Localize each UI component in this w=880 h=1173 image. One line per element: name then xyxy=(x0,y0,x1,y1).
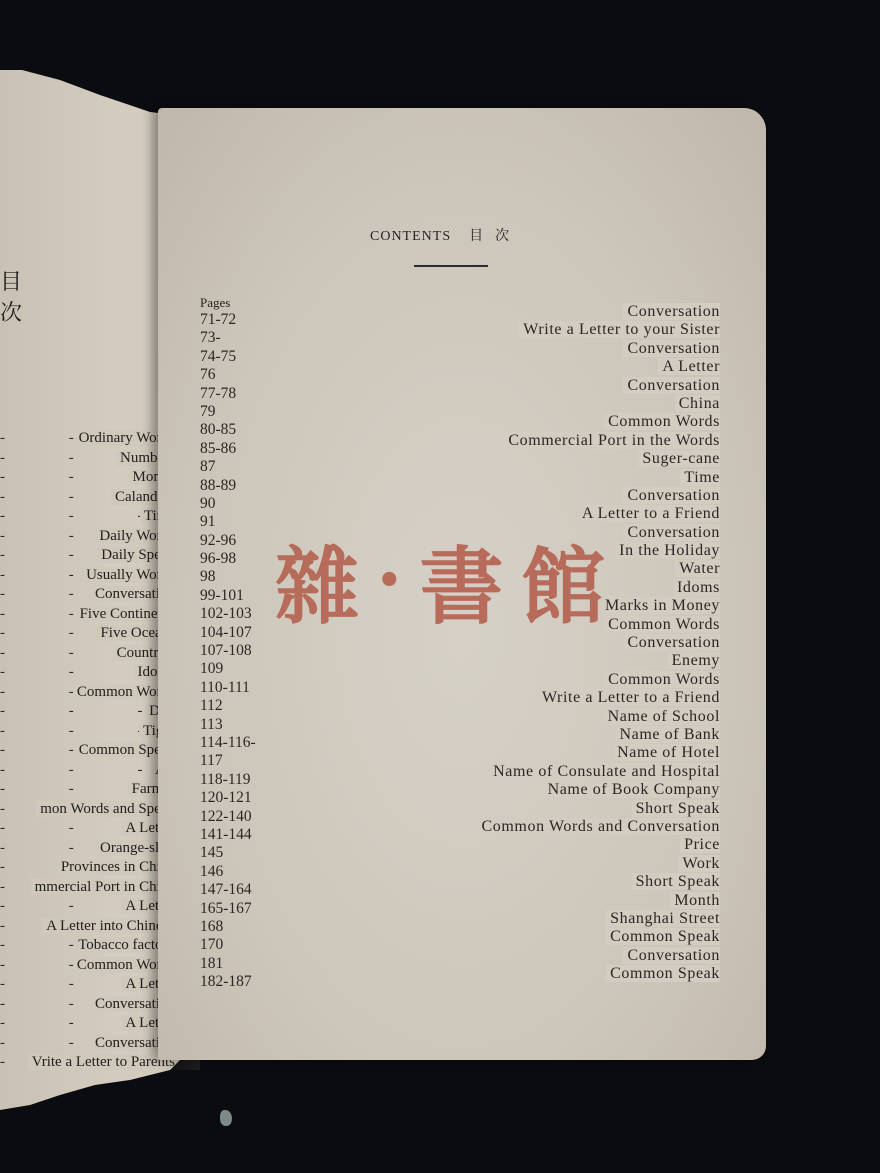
toc-title-text: Idoms xyxy=(673,579,720,596)
toc-title: Name of Hotel xyxy=(607,744,720,762)
toc-entry: 168Shanghai Street xyxy=(200,910,720,928)
left-toc-entry: - - -A Letter xyxy=(0,820,175,840)
toc-title-text: Shanghai Street xyxy=(606,910,720,927)
toc-title: Short Speak xyxy=(626,873,720,891)
toc-entry: 182-187Common Speak xyxy=(200,965,720,983)
toc-title-text: Conversation xyxy=(623,377,720,394)
leader-dashes xyxy=(262,469,720,487)
toc-title: Price xyxy=(674,836,720,854)
leader-dashes xyxy=(262,560,720,578)
toc-title-text: A Letter xyxy=(658,358,720,375)
toc-entry: 107-108Conversation xyxy=(200,634,720,652)
toc-entry: 114-116-Name of Bank xyxy=(200,726,720,744)
toc-title-text: In the Holiday xyxy=(615,542,720,559)
left-toc-title: A Letter into Chinese xyxy=(42,918,175,934)
paper-fragment xyxy=(220,1110,232,1126)
toc-entry: 112Write a Letter to a Friend xyxy=(200,689,720,707)
left-toc-entry: - - -A Letter xyxy=(0,1015,175,1035)
toc-entry: 99-101Idoms xyxy=(200,579,720,597)
toc-entry: 76A Letter xyxy=(200,358,720,376)
toc-entry: 77-78Conversation xyxy=(200,377,720,395)
left-toc-entry: - - -A Letter xyxy=(0,976,175,996)
toc-title: Common Words xyxy=(598,413,720,431)
left-toc-entry: - - -Conversation xyxy=(0,996,175,1016)
left-toc-title: Vrite a Letter to Parents xyxy=(28,1054,175,1070)
toc-title: Month xyxy=(664,892,720,910)
toc-title: Work xyxy=(672,855,720,873)
toc-title: Conversation xyxy=(617,524,720,542)
toc-title: Common Speak xyxy=(600,928,720,946)
toc-entry: 92-96Conversation xyxy=(200,524,720,542)
left-toc-entry: - - -Calanders xyxy=(0,489,175,509)
toc-title-text: Common Words xyxy=(604,413,720,430)
toc-entry: 141-144Common Words and Conversation xyxy=(200,818,720,836)
toc-entry: 118-119Name of Consulate and Hospital xyxy=(200,763,720,781)
left-toc-entry: - - -Common Words xyxy=(0,684,175,704)
toc-entry: 71-72Conversation xyxy=(200,303,720,321)
toc-entry: 165-167Month xyxy=(200,892,720,910)
leader-dashes xyxy=(262,836,720,854)
toc-entry: 79China xyxy=(200,395,720,413)
toc-title: Idoms xyxy=(667,579,720,597)
left-toc-entry: - - -Daily Words xyxy=(0,528,175,548)
toc-title: Common Words xyxy=(598,671,720,689)
toc-entry: 120-121Name of Book Company xyxy=(200,781,720,799)
toc-title-text: Common Speak xyxy=(606,928,720,945)
leader-dashes xyxy=(262,652,720,670)
toc-title-text: China xyxy=(675,395,720,412)
toc-title-text: Conversation xyxy=(623,487,720,504)
toc-entry: 117Name of Hotel xyxy=(200,744,720,762)
toc-title-text: Suger-cane xyxy=(638,450,720,467)
toc-title: Suger-cane xyxy=(632,450,720,468)
toc-title-text: Water xyxy=(675,560,720,577)
leader-dashes xyxy=(262,855,720,873)
left-toc-entry: - - -Five Oceans xyxy=(0,625,175,645)
toc-title: Write a Letter to your Sister xyxy=(513,321,720,339)
toc-entry: 85-86Commercial Port in the Words xyxy=(200,432,720,450)
left-toc-entry: - - -Ordinary Words xyxy=(0,430,175,450)
left-toc-entry: - - -A Letter xyxy=(0,898,175,918)
contents-title-en: CONTENTS xyxy=(370,229,451,244)
toc-title-text: Write a Letter to a Friend xyxy=(538,689,720,706)
toc-entry: 147-164Short Speak xyxy=(200,873,720,891)
toc-title: Conversation xyxy=(617,340,720,358)
toc-title: Conversation xyxy=(617,377,720,395)
toc-title-text: Work xyxy=(678,855,720,872)
toc-title-text: Commercial Port in the Words xyxy=(504,432,720,449)
toc-title-text: Conversation xyxy=(623,340,720,357)
toc-title-text: Conversation xyxy=(623,947,720,964)
toc-entry: 109Enemy xyxy=(200,652,720,670)
toc-title: Marks in Money xyxy=(595,597,720,615)
left-toc-entry: - - -Vrite a Letter to Parents xyxy=(0,1054,175,1074)
toc-title: Common Words xyxy=(598,616,720,634)
leader-dashes xyxy=(262,892,720,910)
toc-title-text: Common Words xyxy=(604,671,720,688)
left-page-toc: - - -Ordinary Words- - -Numbers- - -Mone… xyxy=(0,430,175,1074)
toc-entry: 90Conversation xyxy=(200,487,720,505)
toc-title-text: Write a Letter to your Sister xyxy=(519,321,720,338)
left-toc-entry: - - -mon Words and Speak xyxy=(0,801,175,821)
leader-dashes xyxy=(262,395,720,413)
toc-title-text: A Letter to a Friend xyxy=(578,505,720,522)
toc-title-text: Name of School xyxy=(604,708,720,725)
toc-title: In the Holiday xyxy=(609,542,720,560)
left-toc-entry: - - -Five Continents xyxy=(0,606,175,626)
toc-entry: 102-103Marks in Money xyxy=(200,597,720,615)
toc-title: Name of School xyxy=(598,708,720,726)
left-toc-entry: - - -Dog xyxy=(0,703,175,723)
toc-title: Enemy xyxy=(662,652,720,670)
left-toc-entry: - - -Time xyxy=(0,508,175,528)
left-toc-entry: - - -Tigar xyxy=(0,723,175,743)
toc-title-text: Enemy xyxy=(668,652,720,669)
toc-title: Conversation xyxy=(617,947,720,965)
contents-list: 71-72Conversation73-Write a Letter to yo… xyxy=(200,303,720,983)
toc-title: Time xyxy=(674,469,720,487)
toc-page-range: 182-187 xyxy=(200,973,252,991)
toc-title: A Letter to a Friend xyxy=(572,505,720,523)
toc-title-text: Name of Bank xyxy=(615,726,720,743)
toc-entry: 146Work xyxy=(200,855,720,873)
toc-title: Shanghai Street xyxy=(600,910,720,928)
toc-entry: 145Price xyxy=(200,836,720,854)
left-toc-entry: - - -Conversation xyxy=(0,1035,175,1055)
toc-title: Conversation xyxy=(617,634,720,652)
toc-entry: 181Conversation xyxy=(200,947,720,965)
left-toc-entry: - - -mmercial Port in China xyxy=(0,879,175,899)
left-toc-entry: - - -Provinces in China xyxy=(0,859,175,879)
toc-entry: 73-Write a Letter to your Sister xyxy=(200,321,720,339)
toc-title: Common Words and Conversation xyxy=(472,818,720,836)
toc-entry: 104-107Common Words xyxy=(200,616,720,634)
toc-entry: 98Water xyxy=(200,560,720,578)
toc-title-text: Short Speak xyxy=(632,873,720,890)
toc-entry: 96-98In the Holiday xyxy=(200,542,720,560)
toc-title-text: Common Words and Conversation xyxy=(478,818,720,835)
left-toc-entry: - - -Conversation xyxy=(0,586,175,606)
left-toc-entry: - - -Orange-sller xyxy=(0,840,175,860)
toc-entry: 80-85Common Words xyxy=(200,413,720,431)
toc-entry: 122-140Short Speak xyxy=(200,800,720,818)
left-toc-entry: - - -Tobacco factory xyxy=(0,937,175,957)
toc-title: Name of Book Company xyxy=(538,781,720,799)
left-toc-entry: - - -A Letter into Chinese xyxy=(0,918,175,938)
toc-title: Common Speak xyxy=(600,965,720,983)
left-toc-entry: - - -Numbers xyxy=(0,450,175,470)
toc-title: China xyxy=(669,395,720,413)
toc-title: Commercial Port in the Words xyxy=(498,432,720,450)
toc-title: Water xyxy=(669,560,720,578)
toc-title-text: Price xyxy=(680,836,720,853)
leader-dashes xyxy=(262,579,720,597)
left-page-heading: 目次 xyxy=(0,265,80,327)
toc-title-text: Conversation xyxy=(623,634,720,651)
toc-title: Short Speak xyxy=(626,800,720,818)
leader-dashes xyxy=(262,358,720,376)
toc-entry: 74-75Conversation xyxy=(200,340,720,358)
toc-title: Write a Letter to a Friend xyxy=(532,689,720,707)
left-toc-title: mmercial Port in China xyxy=(31,879,175,895)
toc-title-text: Short Speak xyxy=(632,800,720,817)
toc-entry: 87Suger-cane xyxy=(200,450,720,468)
left-toc-entry: - - -Daily Speak xyxy=(0,547,175,567)
toc-title-text: Common Speak xyxy=(606,965,720,982)
toc-title-text: Name of Hotel xyxy=(613,744,720,761)
toc-title-text: Common Words xyxy=(604,616,720,633)
toc-entry: 113Name of School xyxy=(200,708,720,726)
toc-title: Name of Bank xyxy=(609,726,720,744)
contents-title: CONTENTS目次 xyxy=(370,225,521,245)
toc-entry: 170Common Speak xyxy=(200,928,720,946)
left-toc-entry: - - -Common Speak xyxy=(0,742,175,762)
toc-title-text: Name of Consulate and Hospital xyxy=(489,763,720,780)
title-underline xyxy=(414,265,488,267)
toc-title-text: Conversation xyxy=(623,524,720,541)
toc-title: Name of Consulate and Hospital xyxy=(483,763,720,781)
left-toc-title: mon Words and Speak xyxy=(36,801,175,817)
leader-dashes: - - - xyxy=(0,762,173,779)
toc-entry: 88-89Time xyxy=(200,469,720,487)
left-toc-entry: - - -Usually Words xyxy=(0,567,175,587)
toc-entry: 110-111Common Words xyxy=(200,671,720,689)
left-toc-entry: - - -Common Words xyxy=(0,957,175,977)
left-toc-entry: - - -Idoms xyxy=(0,664,175,684)
toc-title-text: Conversation xyxy=(623,303,720,320)
toc-title-text: Name of Book Company xyxy=(544,781,720,798)
left-toc-entry: - - -Farmer xyxy=(0,781,175,801)
toc-title: Conversation xyxy=(617,487,720,505)
toc-title-text: Marks in Money xyxy=(601,597,720,614)
left-toc-entry: - - -Air xyxy=(0,762,175,782)
toc-title: A Letter xyxy=(652,358,720,376)
toc-title-text: Month xyxy=(670,892,720,909)
contents-title-cn: 目次 xyxy=(469,229,521,244)
toc-entry: 91A Letter to a Friend xyxy=(200,505,720,523)
toc-title-text: Time xyxy=(680,469,720,486)
left-toc-entry: - - -Money xyxy=(0,469,175,489)
toc-title: Conversation xyxy=(617,303,720,321)
left-toc-entry: - - -Countries xyxy=(0,645,175,665)
